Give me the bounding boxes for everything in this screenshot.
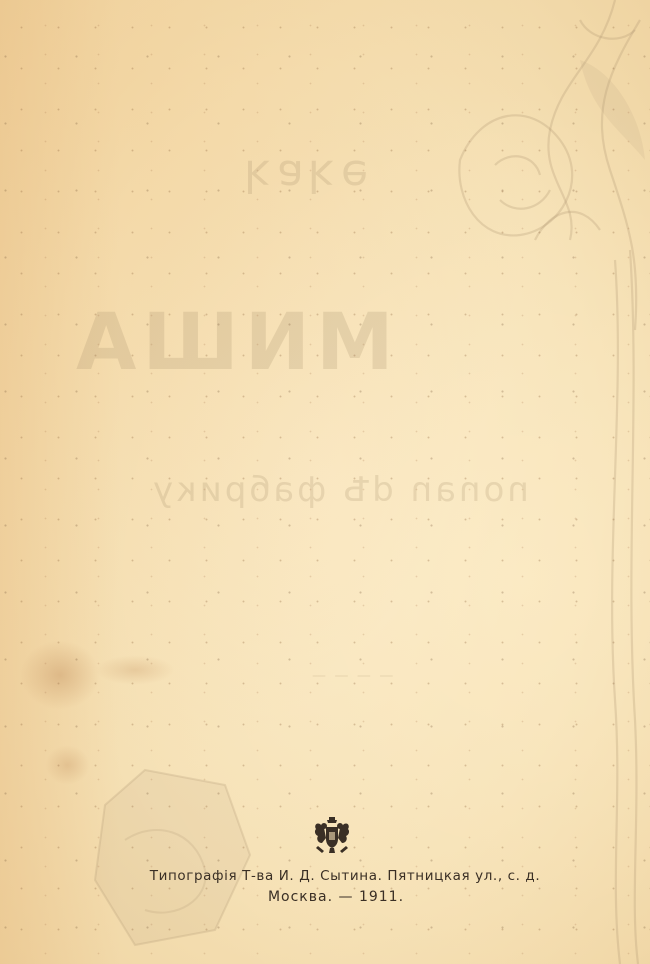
printer-imprint: Типографія Т-ва И. Д. Сытина. Пятницкая … bbox=[0, 814, 650, 908]
foxing-stain bbox=[95, 655, 175, 685]
scanned-page: ǝʞɐʞ MNШA nonan dѢ фабрику — — — — bbox=[0, 0, 650, 964]
imprint-printer-line: Типографія Т-ва И. Д. Сытина. Пятницкая … bbox=[0, 866, 650, 886]
foxing-stain bbox=[45, 745, 90, 785]
bleed-through-text: — — — — bbox=[310, 668, 393, 684]
double-headed-eagle-icon bbox=[312, 814, 352, 858]
bleed-through-text: ǝʞɐʞ bbox=[240, 145, 368, 196]
imprint-city-year-line: Москва. — 1911. bbox=[0, 886, 650, 908]
foxing-stain bbox=[20, 640, 100, 710]
bleed-through-text: nonan dѢ фабрику bbox=[150, 470, 529, 510]
bleed-through-text: MNШA bbox=[70, 298, 394, 388]
